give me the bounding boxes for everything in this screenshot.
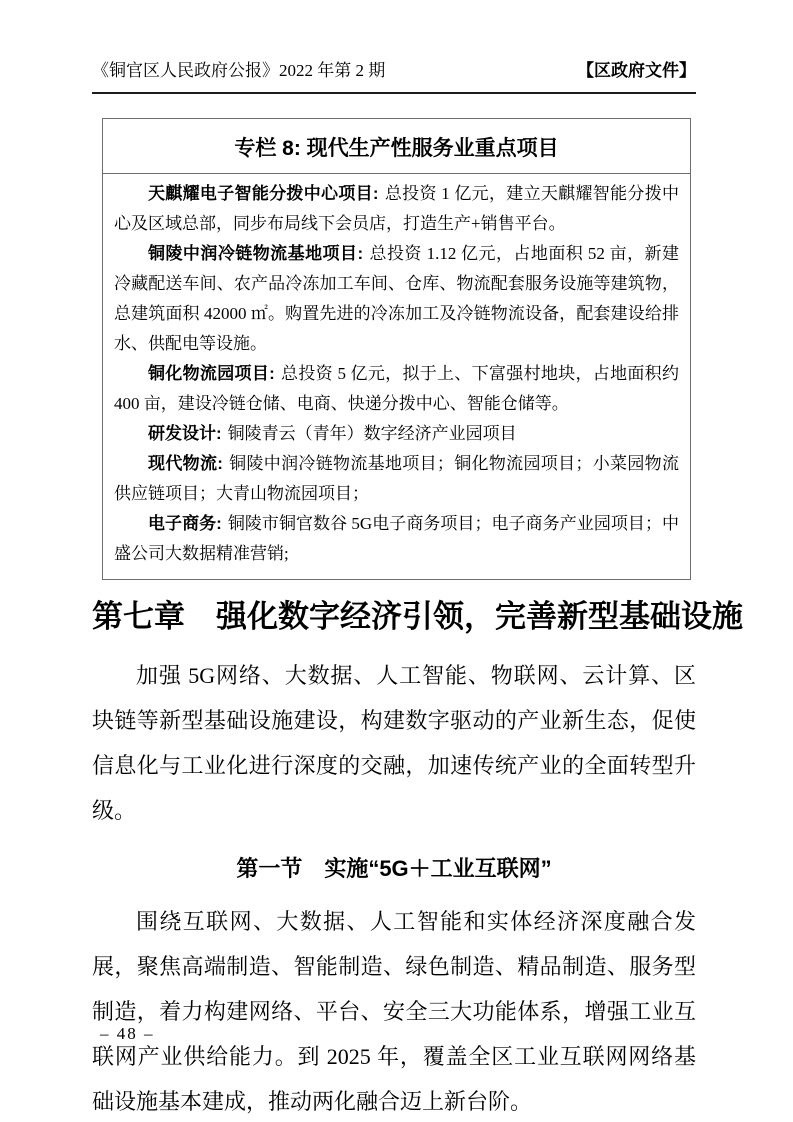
column-box-item: 铜化物流园项目:总投资 5 亿元，拟于上、下富强村地块，占地面积约 400 亩，… (114, 359, 679, 419)
column-box-item-text: 铜陵青云（青年）数字经济产业园项目 (228, 424, 517, 443)
column-box-item: 铜陵中润冷链物流基地项目:总投资 1.12 亿元，占地面积 52 亩，新建冷藏配… (114, 239, 679, 359)
column-box-item-lead: 天麒耀电子智能分拨中心项目: (148, 184, 379, 203)
column-box-item-lead: 现代物流: (148, 454, 223, 473)
column-box-item-lead: 研发设计: (148, 424, 222, 443)
chapter-heading: 第七章 强化数字经济引领，完善新型基础设施 (92, 595, 696, 639)
gazette-title: 《铜官区人民政府公报》2022 年第 2 期 (92, 56, 385, 81)
column-box-item-lead: 铜陵中润冷链物流基地项目: (148, 244, 363, 263)
column-box: 专栏 8: 现代生产性服务业重点项目 天麒耀电子智能分拨中心项目:总投资 1 亿… (102, 118, 691, 580)
page-header: 《铜官区人民政府公报》2022 年第 2 期 【区政府文件】 (92, 0, 696, 94)
doc-category-badge: 【区政府文件】 (577, 56, 696, 81)
page: 《铜官区人民政府公报》2022 年第 2 期 【区政府文件】 专栏 8: 现代生… (92, 0, 696, 1122)
column-box-item: 研发设计:铜陵青云（青年）数字经济产业园项目 (114, 419, 679, 449)
column-box-body: 天麒耀电子智能分拨中心项目:总投资 1 亿元，建立天麒耀智能分拨中心及区域总部，… (103, 174, 690, 579)
section-heading: 第一节 实施“5G＋工业互联网” (92, 853, 696, 885)
document-page: { "header": { "gazette_title": "《铜官区人民政府… (0, 0, 793, 1122)
column-box-item-lead: 铜化物流园项目: (148, 364, 275, 383)
column-box-item-lead: 电子商务: (148, 514, 222, 533)
body-paragraph: 围绕互联网、大数据、人工智能和实体经济深度融合发展，聚焦高端制造、智能制造、绿色… (92, 899, 696, 1122)
page-number: – 48 – (100, 1024, 155, 1044)
column-box-item: 天麒耀电子智能分拨中心项目:总投资 1 亿元，建立天麒耀智能分拨中心及区域总部，… (114, 179, 679, 239)
column-box-item: 现代物流:铜陵中润冷链物流基地项目；铜化物流园项目；小菜园物流供应链项目；大青山… (114, 449, 679, 509)
body-paragraph: 加强 5G网络、大数据、人工智能、物联网、云计算、区块链等新型基础设施建设，构建… (92, 653, 696, 833)
column-box-title: 专栏 8: 现代生产性服务业重点项目 (103, 119, 690, 174)
column-box-item: 电子商务:铜陵市铜官数谷 5G电子商务项目；电子商务产业园项目；中盛公司大数据精… (114, 509, 679, 569)
